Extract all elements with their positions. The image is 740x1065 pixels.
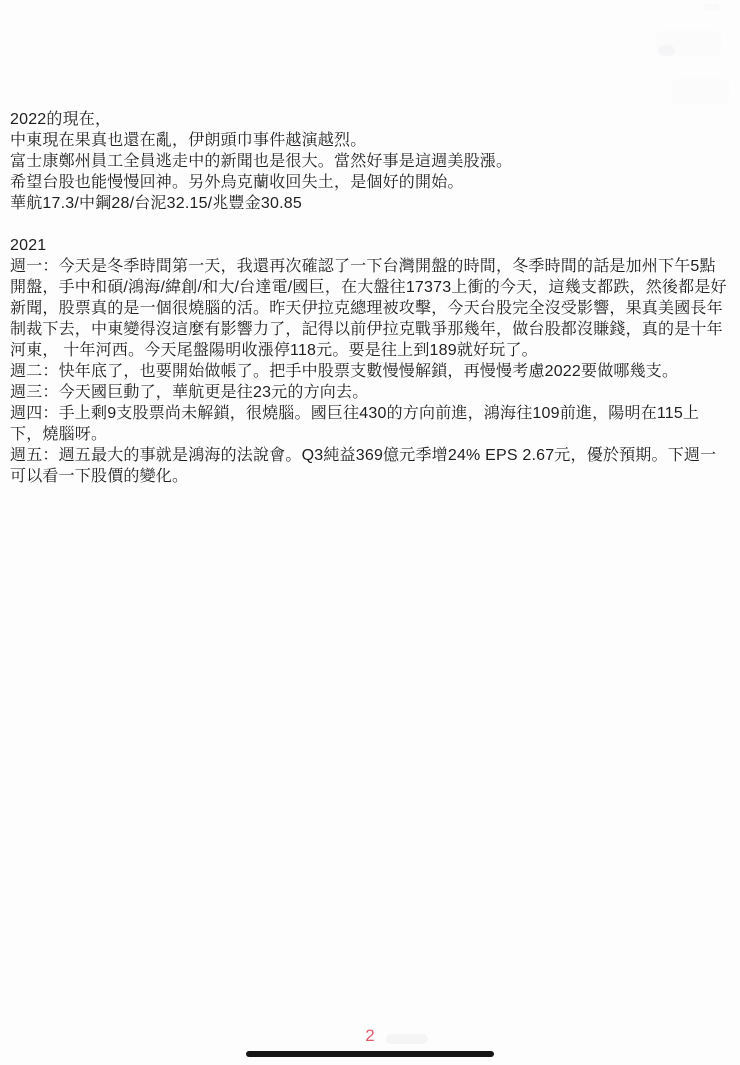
note-entry-monday: 週一：今天是冬季時間第一天，我還再次確認了一下台灣開盤的時間，冬季時間的話是加州… (10, 256, 731, 361)
note-line-taiwan-market: 希望台股也能慢慢回神。另外烏克蘭收回失土，是個好的開始。 (10, 172, 731, 193)
glare-artifact (672, 79, 729, 104)
blank-separator (10, 214, 731, 235)
note-entry-friday: 週五：週五最大的事就是鴻海的法說會。Q3純益369億元季增24% EPS 2.6… (10, 445, 731, 487)
glare-artifact (658, 45, 675, 56)
glare-artifact (656, 31, 721, 56)
page-number: 2 (0, 1026, 740, 1046)
note-entry-wednesday: 週三：今天國巨動了，華航更是往23元的方向去。 (10, 382, 731, 403)
note-text-block: 2022的現在， 中東現在果真也還在亂，伊朗頭巾事件越演越烈。 富士康鄭州員工全… (10, 109, 731, 487)
note-heading-2021: 2021 (10, 235, 731, 256)
note-line-stock-prices: 華航17.3/中鋼28/台泥32.15/兆豐金30.85 (10, 193, 731, 214)
glare-artifact (703, 4, 719, 11)
home-indicator-bar[interactable] (246, 1051, 494, 1057)
note-page: 2022的現在， 中東現在果真也還在亂，伊朗頭巾事件越演越烈。 富士康鄭州員工全… (0, 0, 740, 1065)
note-entry-thursday: 週四：手上剩9支股票尚未解鎖，很燒腦。國巨往430的方向前進，鴻海往109前進，… (10, 403, 731, 445)
note-entry-tuesday: 週二：快年底了，也要開始做帳了。把手中股票支數慢慢解鎖，再慢慢考慮2022要做哪… (10, 361, 731, 382)
note-line-foxconn-news: 富士康鄭州員工全員逃走中的新聞也是很大。當然好事是這週美股漲。 (10, 151, 731, 172)
note-line-middle-east: 中東現在果真也還在亂，伊朗頭巾事件越演越烈。 (10, 130, 731, 151)
note-line-2022-intro: 2022的現在， (10, 109, 731, 130)
